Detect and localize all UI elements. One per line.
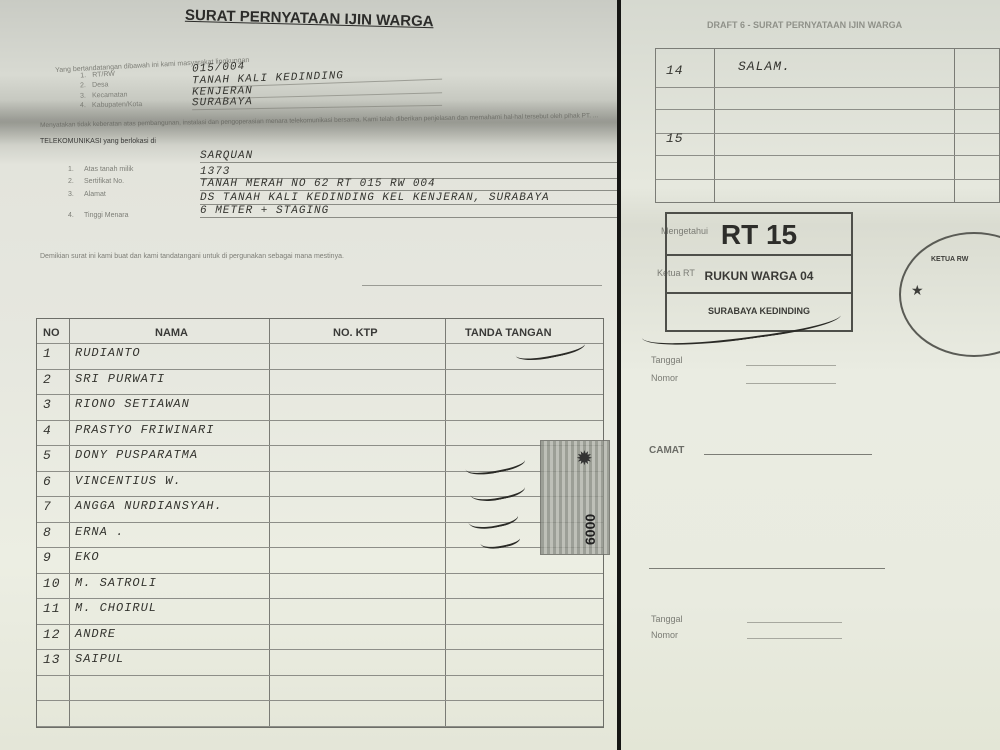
revenue-stamp-emblem-icon: ✹ (576, 446, 593, 471)
revenue-stamp-value: 6000 (582, 514, 598, 545)
row-name: ERNA . (75, 525, 124, 539)
rw-stamp: KETUA RW ★ (899, 232, 1000, 357)
row-number: 11 (43, 601, 69, 616)
row-nama: SALAM. (738, 59, 791, 74)
camat-signature-line (649, 568, 885, 569)
nomor-label-camat: Nomor (651, 630, 678, 640)
row-divider (37, 700, 603, 701)
row-name: ANGGA NURDIANSYAH. (75, 499, 223, 513)
signature-line (362, 285, 602, 286)
site-field-label-4: 4. Tinggi Menara (68, 212, 199, 219)
rt-stamp-number: RT 15 (667, 214, 851, 256)
table-row: 9EKO (37, 550, 603, 575)
tanggal-line (746, 365, 836, 366)
site-field-label-3: 3. Alamat (68, 191, 199, 198)
row-number: 1 (43, 346, 69, 361)
row-number: 10 (43, 576, 69, 591)
table-row: 13SAIPUL (37, 652, 603, 677)
row-number: 12 (43, 627, 69, 642)
row-name: RUDIANTO (75, 346, 141, 360)
row-name: EKO (75, 550, 100, 564)
tanggal-line-camat (747, 622, 842, 623)
closing-statement: Demikian surat ini kami buat dan kami ta… (40, 253, 344, 260)
row-number: 6 (43, 474, 69, 489)
row-number: 3 (43, 397, 69, 412)
table-row: 2SRI PURWATI (37, 372, 603, 397)
site-field-value-2: TANAH MERAH NO 62 RT 015 RW 004 (200, 178, 617, 191)
row-name: DONY PUSPARATMA (75, 448, 198, 462)
right-document-page: DRAFT 6 - SURAT PERNYATAAN IJIN WARGA 14… (621, 0, 1000, 750)
tanggal-label-camat: Tanggal (651, 614, 683, 624)
site-field-value-3: DS TANAH KALI KEDINDING KEL KENJERAN, SU… (200, 192, 617, 205)
statement-paragraph: Menyatakan tidak keberatan atas pembangu… (40, 112, 610, 129)
continuation-table: 14 SALAM. 15 (655, 48, 1000, 203)
row-divider (37, 343, 603, 344)
row-name: M. CHOIRUL (75, 601, 157, 615)
row-number: 13 (43, 652, 69, 667)
header-tanda-tangan: TANDA TANGAN (465, 327, 552, 339)
row-name: VINCENTIUS W. (75, 474, 182, 488)
nomor-label: Nomor (651, 373, 678, 383)
nomor-line (746, 383, 836, 384)
rw-stamp-text: KETUA RW (931, 256, 968, 263)
nomor-line-camat (747, 638, 842, 639)
table-row: 11M. CHOIRUL (37, 601, 603, 626)
row-name: RIONO SETIAWAN (75, 397, 190, 411)
star-icon: ★ (911, 282, 924, 299)
row-name: ANDRE (75, 627, 116, 641)
row-name: SRI PURWATI (75, 372, 165, 386)
tanggal-label: Tanggal (651, 355, 683, 365)
site-field-value-4: 6 METER + STAGING (200, 205, 617, 218)
row-name: SAIPUL (75, 652, 124, 666)
document-title: SURAT PERNYATAAN IJIN WARGA (185, 7, 434, 31)
statement-paragraph-end: TELEKOMUNIKASI yang berlokasi di (40, 138, 610, 145)
row-name: M. SATROLI (75, 576, 157, 590)
header-no: NO (43, 327, 60, 339)
row-number: 8 (43, 525, 69, 540)
signature-table: NO NAMA NO. KTP TANDA TANGAN 1RUDIANTO2S… (36, 318, 604, 728)
table-row: 12ANDRE (37, 627, 603, 652)
row-number: 9 (43, 550, 69, 565)
draft-title: DRAFT 6 - SURAT PERNYATAAN IJIN WARGA (707, 20, 902, 30)
left-document-page: SURAT PERNYATAAN IJIN WARGA Yang bertand… (0, 0, 617, 750)
row-number: 5 (43, 448, 69, 463)
owner-name-value: SARQUAN (200, 150, 617, 163)
camat-line (704, 454, 872, 455)
row-divider (37, 726, 603, 727)
revenue-stamp (540, 440, 610, 555)
row-no: 15 (666, 131, 684, 146)
site-field-label-2: 2. Sertifikat No. (68, 178, 199, 185)
header-ktp: NO. KTP (333, 327, 378, 339)
row-no: 14 (666, 63, 684, 78)
table-row: 4PRASTYO FRIWINARI (37, 423, 603, 448)
row-name: PRASTYO FRIWINARI (75, 423, 214, 437)
header-nama: NAMA (155, 327, 188, 339)
row-number: 7 (43, 499, 69, 514)
rt-stamp-rw: RUKUN WARGA 04 (667, 258, 851, 294)
table-row: 10M. SATROLI (37, 576, 603, 601)
row-number: 4 (43, 423, 69, 438)
site-field-label-1: 1. Atas tanah milik (68, 166, 199, 173)
row-number: 2 (43, 372, 69, 387)
camat-label: CAMAT (649, 445, 684, 456)
table-row: 3RIONO SETIAWAN (37, 397, 603, 422)
table-row: 7ANGGA NURDIANSYAH. (37, 499, 603, 524)
